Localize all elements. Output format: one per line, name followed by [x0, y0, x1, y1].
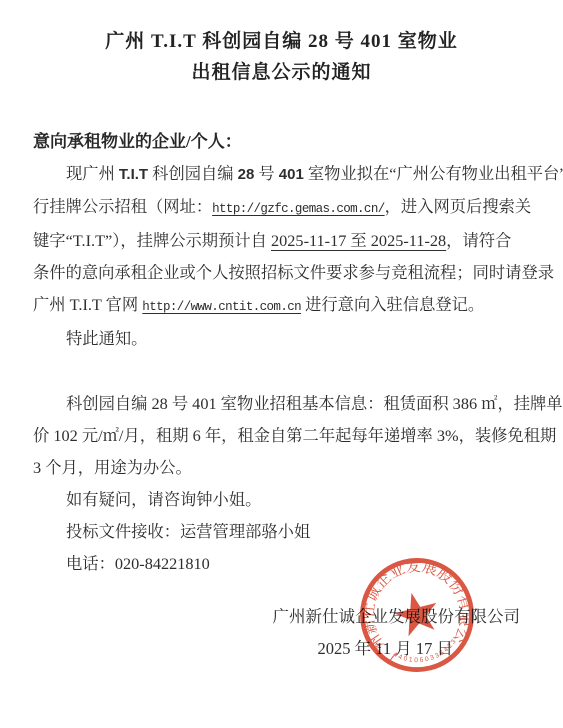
text-line: 现广州 T.I.T 科创园自编 28 号 401 室物业拟在“广州公有物业出租平… [33, 158, 530, 191]
title-line-1: 广州 T.I.T 科创园自编 28 号 401 室物业 [33, 26, 530, 57]
text-line: 键字“T.I.T”），挂牌公示期预计自 2025-11-17 至 2025-11… [33, 225, 530, 257]
text-segment: 广州 T.I.T 官网 [33, 295, 142, 314]
bid-receiver-line: 投标文件接收：运营管理部骆小姐 [33, 516, 530, 548]
text-line: 广州 T.I.T 官网 http://www.cntit.com.cn 进行意向… [33, 289, 530, 323]
text-segment: 行挂牌公示招租（网址： [33, 197, 212, 216]
text-segment: 现广州 [66, 164, 119, 183]
company-name: 广州新仕诚企业发展股份有限公司 [33, 602, 530, 632]
text-segment: 号 [254, 164, 278, 183]
text-segment-latin: 401 [279, 166, 304, 183]
text-line: 价 102 元/㎡/月，租期 6 年，租金自第二年起每年递增率 3%，装修免租期 [33, 420, 530, 452]
document-page: 广州 T.I.T 科创园自编 28 号 401 室物业 出租信息公示的通知 意向… [0, 0, 563, 728]
text-segment-latin: 28 [238, 166, 255, 183]
phone-line: 电话：020-84221810 [33, 548, 530, 580]
text-line: 条件的意向承租企业或个人按照招标文件要求参与竞租流程；同时请登录 [33, 257, 530, 289]
text-segment: 键字“T.I.T”），挂牌公示期预计自 [33, 231, 271, 250]
salutation: 意向承租物业的企业/个人： [33, 126, 530, 158]
cntit-official-url: http://www.cntit.com.cn [142, 300, 301, 314]
contact-note: 如有疑问，请咨询钟小姐。 [33, 484, 530, 516]
document-title: 广州 T.I.T 科创园自编 28 号 401 室物业 出租信息公示的通知 [33, 26, 530, 88]
notice-body: 现广州 T.I.T 科创园自编 28 号 401 室物业拟在“广州公有物业出租平… [33, 158, 530, 580]
gzfc-platform-url: http://gzfc.gemas.com.cn/ [212, 202, 385, 216]
signature-date: 2025 年 11 月 17 日 [33, 632, 530, 666]
text-line: 行挂牌公示招租（网址：http://gzfc.gemas.com.cn/，进入网… [33, 191, 530, 225]
closing-line: 特此通知。 [33, 323, 530, 355]
text-segment: ，进入网页后搜索关 [385, 197, 532, 216]
title-line-2: 出租信息公示的通知 [33, 57, 530, 88]
listing-period-dates: 2025-11-17 至 2025-11-28 [271, 231, 446, 250]
text-segment-latin: T.I.T [119, 166, 148, 183]
text-line: 科创园自编 28 号 401 室物业招租基本信息：租赁面积 386 ㎡，挂牌单 [33, 388, 530, 420]
text-segment: 进行意向入驻信息登记。 [301, 295, 484, 314]
text-segment: ，请符合 [446, 231, 511, 250]
text-line: 3 个月，用途为办公。 [33, 452, 530, 484]
text-segment: 室物业拟在“广州公有物业出租平台”进 [304, 164, 563, 183]
text-segment: 科创园自编 [148, 164, 238, 183]
